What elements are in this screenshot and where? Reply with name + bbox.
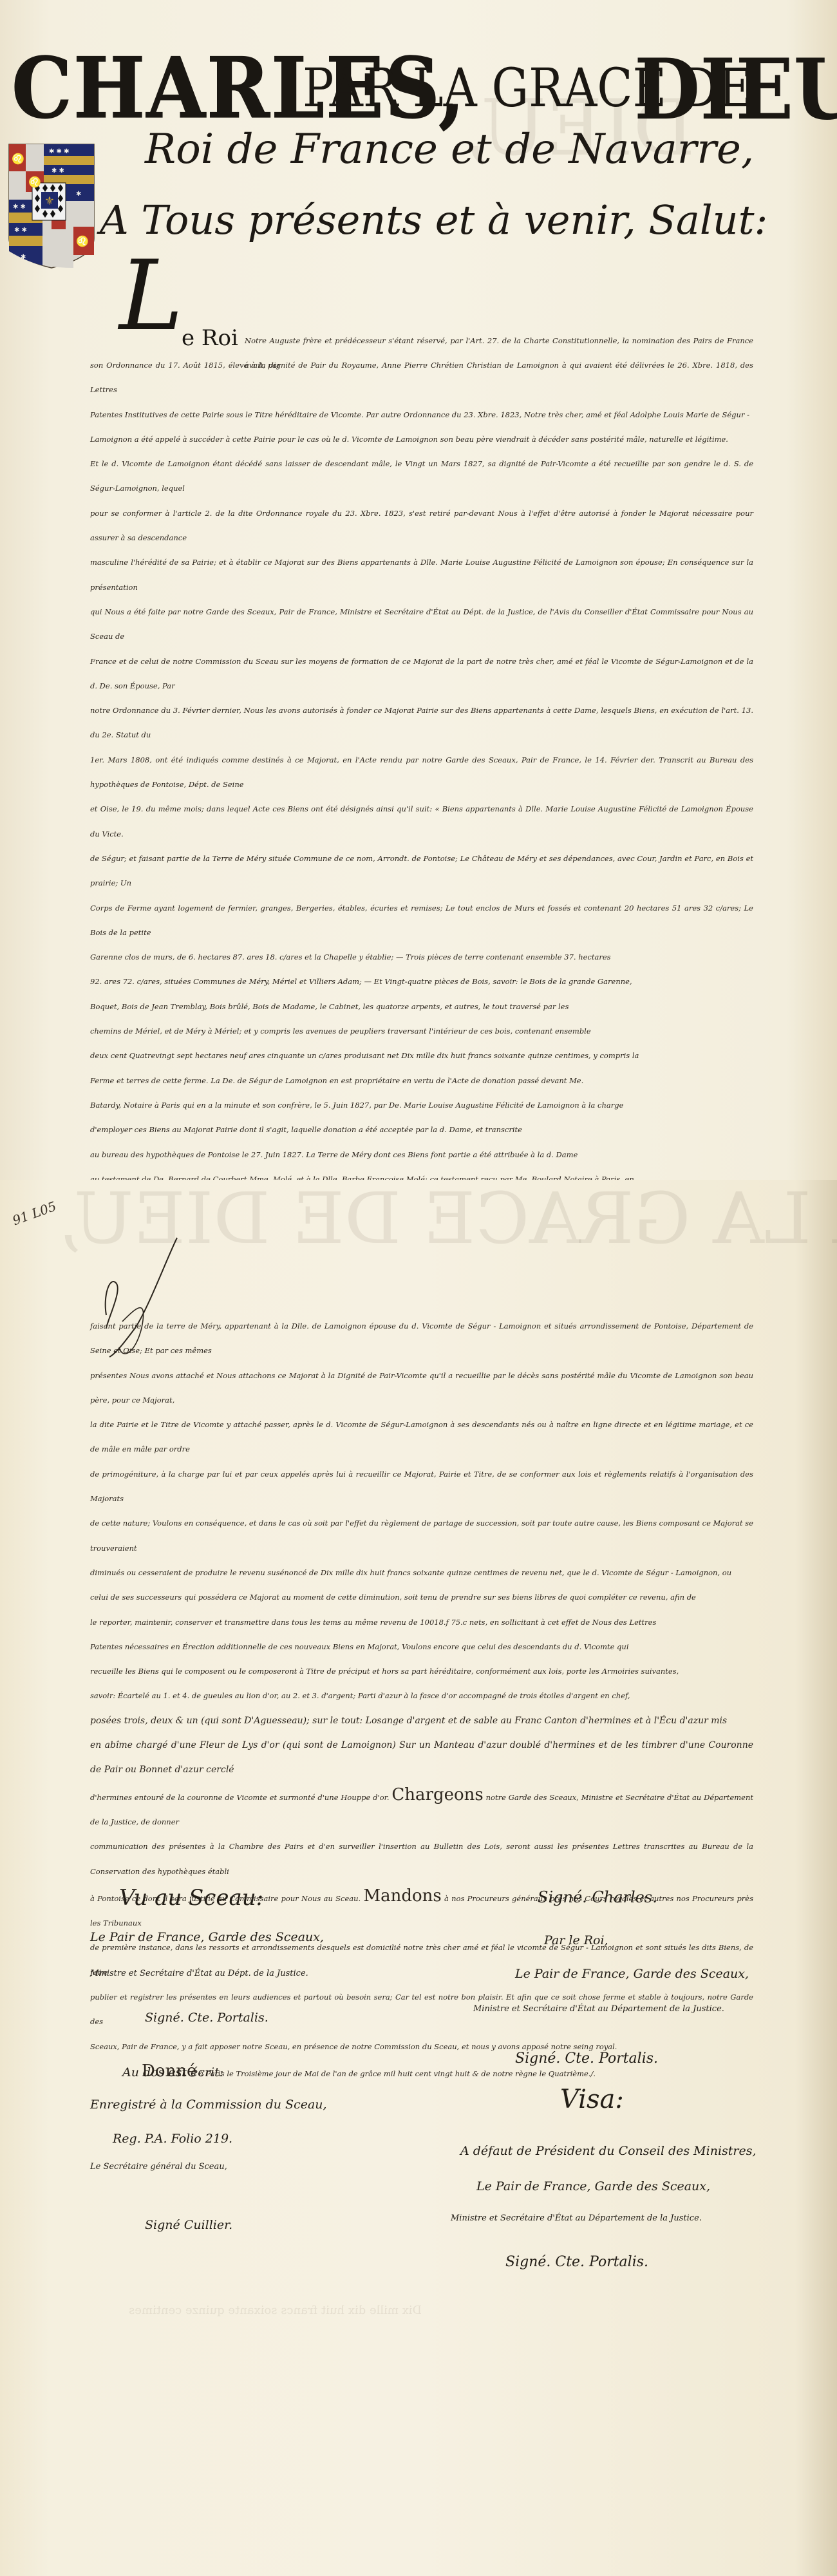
body-line: le reporter, maintenir, conserver et tra… (90, 1610, 753, 1634)
body-line: Patentes nécessaires en Érection additio… (90, 1634, 753, 1659)
body-line: en abîme chargé d'une Fleur de Lys d'or … (90, 1733, 753, 1783)
svg-text:♌: ♌ (12, 153, 24, 165)
subtitle-salut: A Tous présents et à venir, Salut: (100, 196, 767, 243)
body-line: et Oise, le 19. du même mois; dans leque… (90, 797, 753, 846)
opening-le-roi: e Roi (182, 325, 238, 351)
body-line: chemins de Mériel, et de Méry à Mériel; … (90, 1019, 753, 1043)
body-line: 1er. Mars 1808, ont été indiqués comme d… (90, 748, 753, 797)
right-signature-portalis: Signé. Cte. Portalis. (515, 2050, 658, 2067)
body-line: Batardy, Notaire à Paris qui en a la min… (90, 1093, 753, 1117)
body-line: posées trois, deux & un (qui sont D'Ague… (90, 1709, 753, 1733)
register-folio: Reg. P.A. Folio 219. (113, 2132, 232, 2146)
body-line: son Ordonnance du 17. Août 1815, élevé à… (90, 353, 753, 402)
body-line: Boquet, Bois de Jean Tremblay, Bois brûl… (90, 994, 753, 1019)
subtitle-roi-de-france: Roi de France et de Navarre, (145, 126, 754, 173)
visa-signature-portalis: Signé. Cte. Portalis. (505, 2254, 648, 2270)
right-title-ministre: Ministre et Secrétaire d'État au Départe… (473, 2004, 724, 2014)
dropcap-letter: L (119, 248, 183, 345)
margin-note: 91 L05 (10, 1198, 59, 1229)
secretary-general: Le Secrétaire général du Sceau, (90, 2162, 227, 2172)
chargeons-line: d'hermines entouré de la couronne de Vic… (90, 1783, 753, 1835)
body-line: au bureau des hypothèques de Pontoise le… (90, 1142, 753, 1167)
document-page-2: CHARLES, PAR LA GRACE DE DIEU, 91 L05 fa… (0, 1180, 837, 2576)
body-line: diminués ou cesseraient de produire le r… (90, 1560, 753, 1585)
body-line: France et de celui de notre Commission d… (90, 649, 753, 699)
vu-au-sceau-heading: Vu au Sceau: (119, 1885, 263, 1911)
bleed-through-revenue: Dix mille dix huit francs soixante quinz… (129, 2304, 422, 2317)
body-line: Patentes Institutives de cette Pairie so… (90, 402, 753, 427)
svg-text:✱: ✱ (21, 254, 26, 261)
body-line: de Ségur; et faisant partie de la Terre … (90, 846, 753, 896)
body-line: recueille les Biens qui le composent ou … (90, 1659, 753, 1683)
body-line: Lamoignon a été appelé à succéder à cett… (90, 427, 753, 451)
signature-charles: Signé. Charles. (538, 1888, 657, 1906)
par-le-roi: Par le Roi, (544, 1933, 608, 1947)
chargeons-heading: Chargeons (391, 1785, 483, 1804)
body-line: faisant partie de la terre de Méry, appa… (90, 1314, 753, 1363)
svg-text:♌: ♌ (76, 235, 89, 247)
svg-text:✱ ✱: ✱ ✱ (13, 204, 26, 211)
coat-of-arms-icon: ⚜ ✱ ✱ ✱✱ ✱✱ ✱ ✱✱ ✱✱ ♌♌♌ (6, 142, 97, 270)
body-line: d'employer ces Biens au Majorat Pairie d… (90, 1117, 753, 1142)
visa-title-ministre: Ministre et Secrétaire d'État au Départe… (451, 2213, 702, 2223)
svg-text:⚜: ⚜ (44, 194, 55, 208)
svg-text:♌: ♌ (28, 176, 41, 188)
left-title-garde-des-sceaux: Le Pair de France, Garde des Sceaux, (90, 1930, 324, 1944)
svg-text:✱ ✱: ✱ ✱ (14, 227, 27, 234)
title-dieu: DIEU, (634, 40, 837, 138)
svg-text:✱ ✱: ✱ ✱ (52, 167, 64, 175)
body-line: communication des présentes à la Chambre… (90, 1834, 753, 1884)
left-title-ministre: Ministre et Secrétaire d'État au Dépt. d… (90, 1969, 308, 1978)
mandons-heading: Mandons (363, 1886, 441, 1906)
body-line: notre Ordonnance du 3. Février dernier, … (90, 698, 753, 748)
visa-heading: Visa: (560, 2085, 624, 2114)
body-line: la dite Pairie et le Titre de Vicomte y … (90, 1412, 753, 1462)
body-line: de cette nature; Voulons en conséquence,… (90, 1511, 753, 1560)
visa-text: A défaut de Président du Conseil des Min… (460, 2144, 757, 2158)
body-line: de primogéniture, à la charge par lui et… (90, 1462, 753, 1511)
body-line: Et le d. Vicomte de Lamoignon étant décé… (90, 451, 753, 501)
visa-title-garde-des-sceaux: Le Pair de France, Garde des Sceaux, (476, 2179, 710, 2193)
right-title-garde-des-sceaux: Le Pair de France, Garde des Sceaux, (515, 1967, 749, 1981)
body-line: qui Nous a été faite par notre Garde des… (90, 600, 753, 649)
svg-text:✱ ✱ ✱: ✱ ✱ ✱ (49, 148, 70, 155)
body-line: celui de ses successeurs qui possédera c… (90, 1585, 753, 1609)
document-page-1: DIEU, CHARLES, PAR LA GRACE DE DIEU, Roi… (0, 0, 837, 1180)
body-line: présentes Nous avons attaché et Nous att… (90, 1363, 753, 1413)
body-line: pour se conformer à l'article 2. de la d… (90, 501, 753, 551)
body-line: Ferme et terres de cette ferme. La De. d… (90, 1068, 753, 1093)
svg-text:✱: ✱ (76, 191, 81, 198)
signature-cuillier: Signé Cuillier. (145, 2218, 232, 2232)
registered-commission: Enregistré à la Commission du Sceau, (90, 2098, 327, 2112)
au-dos-heading: Au dos est écrit: (122, 2065, 223, 2079)
body-line: Garenne clos de murs, de 6. hectares 87.… (90, 945, 753, 969)
body-line: savoir: Écartelé au 1. et 4. de gueules … (90, 1683, 753, 1708)
body-line: Corps de Ferme ayant logement de fermier… (90, 896, 753, 945)
body-line: 92. ares 72. c/ares, situées Communes de… (90, 969, 753, 994)
body-line: deux cent Quatrevingt sept hectares neuf… (90, 1043, 753, 1068)
body-line: masculine l'hérédité de sa Pairie; et à … (90, 550, 753, 600)
left-signature-portalis: Signé. Cte. Portalis. (145, 2011, 268, 2025)
